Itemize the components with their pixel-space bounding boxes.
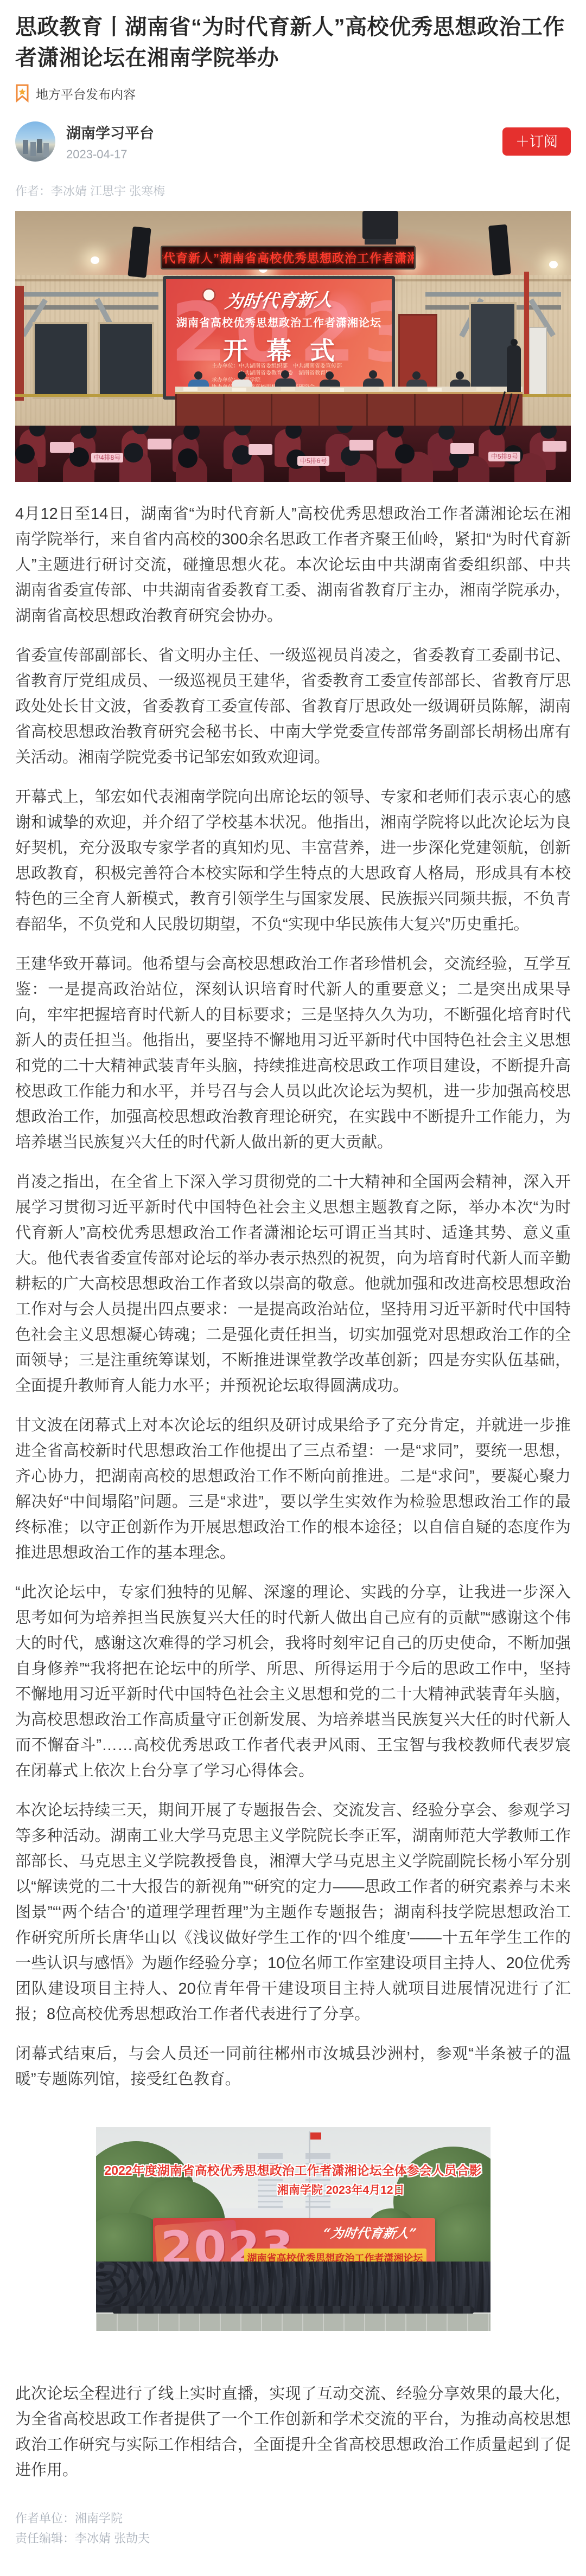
article-paragraph: 此次论坛全程进行了线上实时直播，实现了互动交流、经验分享效果的最大化，为全省高校…	[15, 2381, 571, 2483]
seat-label-cards	[50, 442, 74, 453]
publisher-name[interactable]: 湖南学习平台	[66, 121, 154, 143]
head-table	[175, 392, 523, 427]
article-footnote: 作者单位：湘南学院 责任编辑：李冰婧 张劼夫	[15, 2508, 571, 2548]
wall-truss-right	[425, 292, 561, 297]
red-flag	[310, 2132, 321, 2140]
group-photo-caption-line2: 湘南学院 2023年4月12日	[277, 2181, 405, 2198]
publish-date: 2023-04-17	[66, 147, 154, 162]
editor-line: 责任编辑：李冰婧 张劼夫	[15, 2528, 571, 2548]
screen-forum-title: 湖南省高校优秀思想政治工作者潇湘论坛	[166, 314, 392, 330]
wall-truss-left	[23, 292, 158, 297]
screen-calligraphy: 为时代育新人	[164, 285, 394, 314]
photo2-wrapper: 2022年度湖南省高校优秀思想政治工作者潇湘论坛全体参会人员合影 湘南学院 20…	[15, 2127, 571, 2334]
article-page: 思政教育丨湖南省“为时代育新人”高校优秀思想政治工作者潇湘论坛在湘南学院举办 地…	[0, 0, 586, 2576]
article-photo-group[interactable]: 2022年度湖南省高校优秀思想政治工作者潇湘论坛全体参会人员合影 湘南学院 20…	[96, 2127, 491, 2331]
ceiling-light	[549, 261, 558, 268]
red-pillar-left	[15, 286, 24, 401]
article-paragraph: 甘文波在闭幕式上对本次论坛的组织及研讨成果给予了充分肯定，并就进一步推进全省高校…	[15, 1413, 571, 1566]
table-papers	[183, 387, 198, 391]
led-banner: “为时代育新人”湖南省高校优秀思想政治工作者潇湘论坛	[161, 246, 416, 269]
article-paragraph: 王建华致开幕词。他希望与会高校思想政治工作者珍惜机会，交流经验，互学互鉴：一是提…	[15, 952, 571, 1155]
content-tag: 地方平台发布内容	[15, 83, 571, 103]
backdrop-calligraphy: “为时代育新人”	[322, 2222, 418, 2241]
ceiling-light	[91, 256, 99, 264]
bookmark-star-icon	[15, 84, 29, 102]
subscribe-button[interactable]: ＋订阅	[502, 127, 571, 156]
pavement	[96, 2314, 491, 2331]
author-unit: 作者单位：湘南学院	[15, 2508, 571, 2528]
seat-label: 中5排6号	[297, 456, 329, 466]
article-body: 4月12日至14日，湖南省“为时代育新人”高校优秀思想政治工作者潇湘论坛在湘南学…	[15, 502, 571, 2483]
group-photo-caption-line1: 2022年度湖南省高校优秀思想政治工作者潇湘论坛全体参会人员合影	[96, 2161, 491, 2179]
seat-label: 中5排9号	[488, 452, 520, 461]
screen-ceremony-title: 开幕式	[166, 331, 392, 367]
article-photo-opening-ceremony[interactable]: “为时代育新人”湖南省高校优秀思想政治工作者潇湘论坛 2023 为时代育新人 湖…	[15, 211, 571, 482]
content-tag-label: 地方平台发布内容	[36, 85, 136, 102]
hall-door	[33, 322, 89, 399]
stage-rig	[362, 211, 398, 239]
article-paragraph: 本次论坛持续三天，期间开展了专题报告会、交流发言、经验分享会、参观学习等多种活动…	[15, 1798, 571, 2027]
article-paragraph: 开幕式上，邹宏如代表湘南学院向出席论坛的领导、专家和老师们表示衷心的感谢和诚挚的…	[15, 785, 571, 937]
led-banner-text: “为时代育新人”湖南省高校优秀思想政治工作者潇湘论坛	[161, 249, 416, 266]
seat-label: 中4排8号	[91, 453, 123, 462]
publisher-row: 湖南学习平台 2023-04-17 ＋订阅	[15, 121, 571, 162]
red-pipe-right	[524, 272, 529, 396]
article-paragraph: “此次论坛中，专家们独特的见解、深邃的理论、实践的分享，让我进一步深入思考如何为…	[15, 1580, 571, 1784]
head-table-top	[175, 387, 523, 392]
article-paragraph: 肖凌之指出，在全省上下深入学习贯彻党的二十大精神和全国两会精神，深入开展学习贯彻…	[15, 1170, 571, 1399]
article-paragraph: 闭幕式结束后，与会人员还一同前往郴州市汝城县沙洲村，参观“半条被子的温暖”专题陈…	[15, 2041, 571, 2092]
air-conditioner	[528, 327, 547, 396]
audience-area: 中4排8号 中5排6号 中5排9号	[15, 426, 571, 482]
publisher-avatar[interactable]	[15, 121, 55, 162]
byline: 作者：李冰婧 江思宇 张寒梅	[15, 182, 571, 199]
article-paragraph: 4月12日至14日，湖南省“为时代育新人”高校优秀思想政治工作者潇湘论坛在湘南学…	[15, 502, 571, 629]
photographer	[507, 345, 521, 392]
article-paragraph: 省委宣传部副部长、省文明办主任、一级巡视员肖凌之，省委教育工委副书记、省教育厅党…	[15, 643, 571, 770]
hall-door	[98, 322, 154, 399]
group-crowd	[96, 2262, 491, 2312]
audience-heads	[15, 444, 35, 464]
page-title: 思政教育丨湖南省“为时代育新人”高校优秀思想政治工作者潇湘论坛在湘南学院举办	[15, 12, 571, 74]
